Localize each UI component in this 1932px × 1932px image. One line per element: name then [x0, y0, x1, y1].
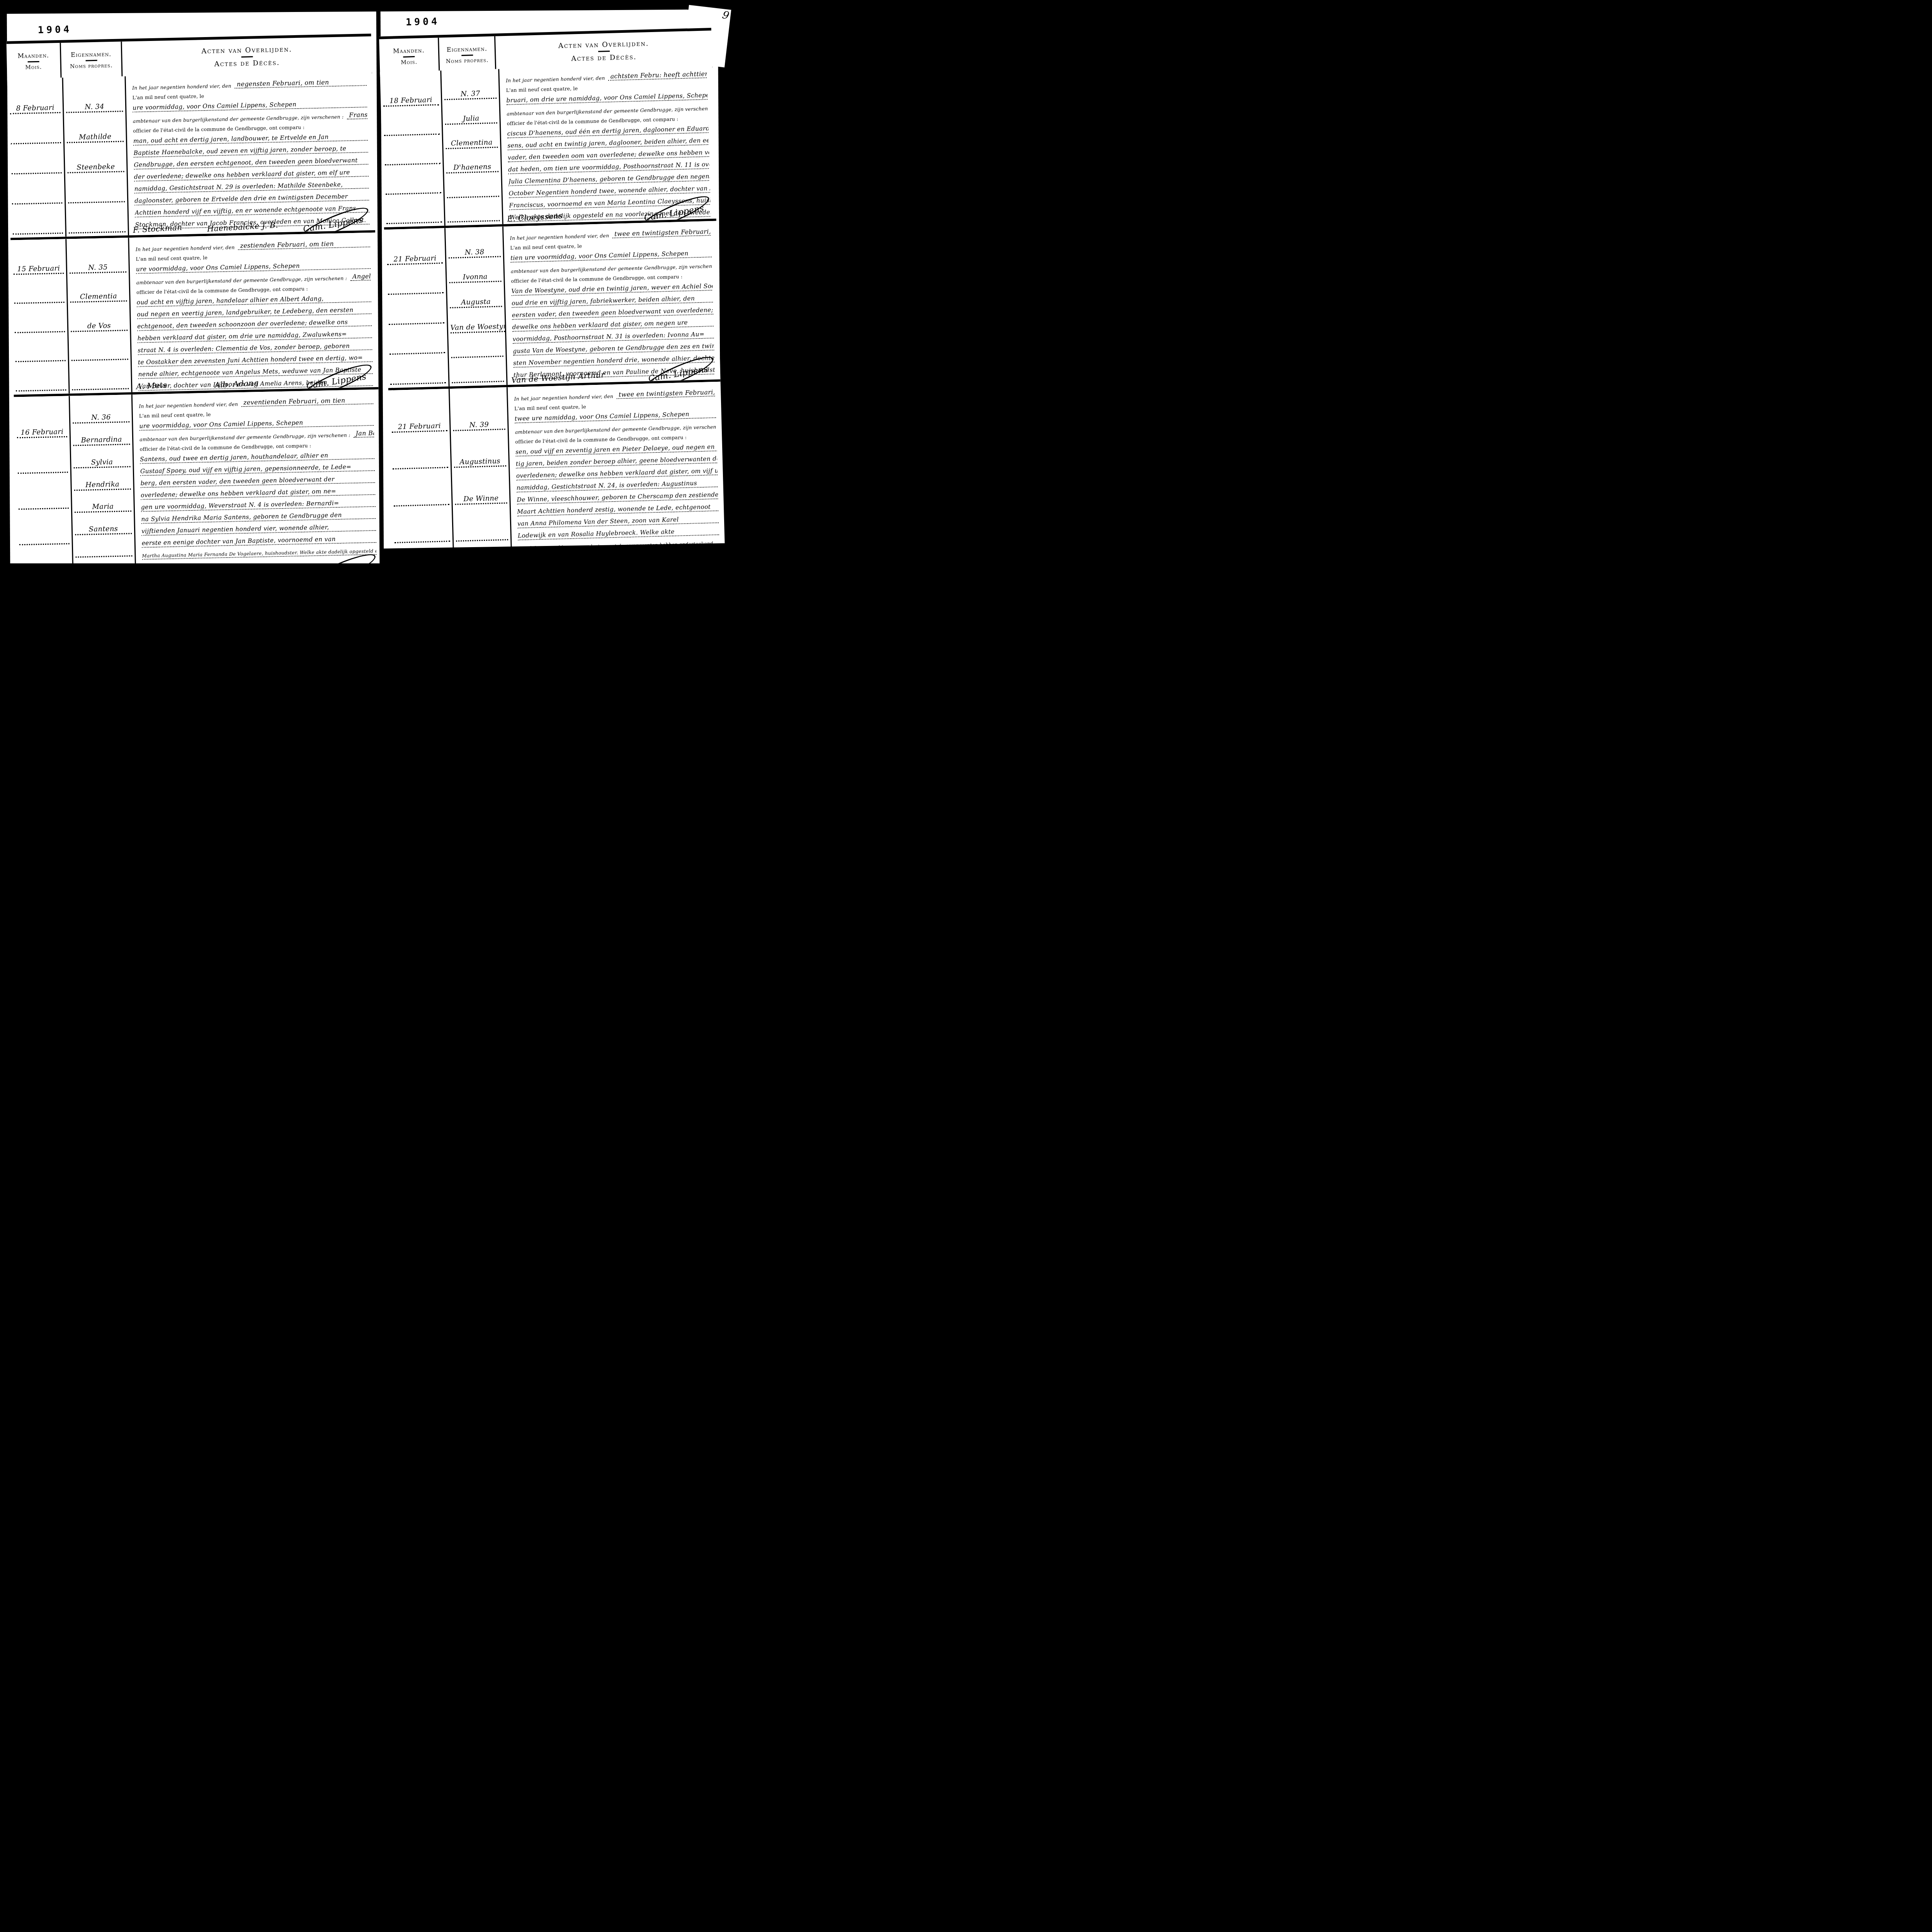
dotted-line — [386, 221, 442, 224]
name-line-text: Hendrika — [85, 480, 119, 489]
name-column: N. 39AugustinusDe Winne — [450, 387, 513, 563]
act-column: In het jaar negentien honderd vier, denz… — [129, 233, 378, 392]
name-line: Santens — [75, 524, 132, 535]
name-row: Santens — [75, 512, 132, 536]
dotted-line — [72, 388, 129, 390]
handwritten-text: Martha Augustina Maria Fernanda De Vogel… — [142, 545, 376, 560]
name-row: Sylvia — [73, 445, 130, 468]
name-column: N. 38IvonnaAugustaVan de Woestyne — [446, 226, 508, 386]
name-line: Maria — [75, 502, 131, 513]
column-header-months: Maanden. Mois. — [7, 43, 61, 80]
name-row — [75, 534, 132, 558]
name-row: Julia — [444, 99, 497, 125]
month-column: 18 Februari — [380, 70, 445, 227]
act-number-text: N. 36 — [91, 413, 111, 422]
month-row — [388, 294, 444, 325]
name-row: N. 36 — [72, 400, 129, 423]
year-label: 1904 — [406, 15, 440, 27]
handwritten-comparant-tail: Angelus Mets, — [350, 272, 371, 281]
name-row: Augustinus — [453, 430, 506, 468]
name-line: Steenbeke — [67, 162, 124, 173]
act-number: N. 39 — [453, 420, 505, 431]
entry-date: 15 Februari — [14, 264, 64, 275]
name-row — [455, 503, 508, 542]
act-number-text: N. 38 — [465, 248, 485, 256]
month-column: 15 Februari — [10, 239, 70, 395]
entries-area-right: 18 FebruariN. 37JuliaClementinaD'haenens… — [380, 63, 725, 563]
page-left-content: 1904 Maanden. Mois. Eigennamen. Noms pro… — [6, 9, 382, 563]
register-entry: 21 FebruariN. 38IvonnaAugustaVan de Woes… — [384, 221, 721, 390]
name-line: Julia — [445, 114, 497, 125]
header-dash — [461, 54, 473, 56]
name-row: Clementina — [445, 123, 498, 149]
name-line-text: Mathilde — [79, 133, 111, 141]
act-number: N. 37 — [444, 89, 497, 100]
act-column: In het jaar negentien honderd vier, dent… — [503, 221, 721, 385]
act-column: In het jaar negentien honderd vier, dena… — [499, 63, 716, 224]
act-column: In het jaar negentien honderd vier, dent… — [508, 382, 726, 563]
month-column: 21 Februari — [388, 389, 455, 563]
name-line-text: Sylvia — [91, 458, 113, 466]
name-line-text: Santens — [89, 525, 118, 534]
name-line-text: Van de Woestyne — [450, 322, 507, 332]
month-row — [10, 113, 61, 145]
month-row — [12, 204, 63, 235]
entry-date-text: 21 Februari — [393, 254, 436, 263]
entry-date-text: 16 Februari — [20, 427, 63, 436]
name-column: N. 35Clementiade Vos — [66, 238, 132, 393]
column-header-months: Maanden. Mois. — [379, 38, 439, 75]
month-row — [12, 173, 63, 205]
dotted-line — [447, 219, 500, 223]
header-dash — [85, 60, 97, 61]
header-months-nl: Maanden. — [17, 51, 49, 60]
month-column: 21 Februari — [384, 228, 450, 388]
column-header-names: Eigennamen. Noms propres. — [60, 42, 122, 78]
act-number-text: N. 35 — [88, 263, 108, 272]
month-row — [17, 437, 68, 474]
month-row — [387, 264, 444, 295]
header-acts-nl: Acten van Overlijden. — [558, 39, 649, 50]
entry-date-text: 21 Februari — [398, 422, 441, 431]
header-names-nl: Eigennamen. — [71, 50, 111, 58]
name-line: de Vos — [71, 321, 128, 332]
dotted-line — [13, 232, 63, 235]
name-row — [451, 357, 504, 383]
name-line-text: Julia — [463, 114, 479, 122]
name-row: N. 35 — [69, 243, 127, 274]
name-row: Augusta — [449, 282, 502, 308]
entry-date-text: 8 Februari — [16, 104, 54, 112]
name-row: N. 34 — [66, 82, 123, 113]
name-line: Van de Woestyne — [450, 322, 507, 333]
month-row: 16 Februari — [16, 401, 67, 438]
header-months-fr: Mois. — [401, 59, 417, 66]
header-dash — [28, 61, 39, 63]
act-number: N. 35 — [70, 263, 126, 274]
entry-date: 8 Februari — [10, 104, 60, 114]
name-line-text: Ivonna — [463, 273, 488, 282]
month-row: 21 Februari — [386, 233, 443, 265]
month-row — [389, 354, 446, 385]
entry-date: 21 Februari — [387, 254, 443, 265]
header-dash — [241, 56, 253, 58]
name-row: Maria — [74, 490, 131, 513]
page-right-content: 1904 Maanden. Mois. Eigennamen. Noms pro… — [378, 6, 725, 563]
name-line-text: De Winne — [463, 494, 499, 503]
name-line-text: Bernardina — [81, 435, 122, 444]
name-column: N. 37JuliaClementinaD'haenens — [441, 69, 503, 226]
book-pages: 1904 Maanden. Mois. Eigennamen. Noms pro… — [7, 9, 721, 563]
month-row — [15, 361, 66, 391]
name-row: Van de Woestyne — [450, 307, 503, 333]
dotted-line — [390, 382, 446, 385]
name-line-text: Augustinus — [459, 457, 500, 466]
name-row — [71, 331, 128, 361]
name-row: de Vos — [70, 302, 128, 332]
month-row — [393, 468, 449, 506]
header-dash — [598, 50, 610, 52]
name-row — [71, 360, 129, 391]
act-number-text: N. 39 — [469, 420, 489, 429]
name-row — [68, 172, 125, 203]
name-line: Sylvia — [73, 457, 130, 468]
month-row — [14, 303, 65, 333]
name-row: D'haenens — [446, 148, 499, 174]
month-column: 8 Februari — [7, 78, 67, 238]
handwritten-comparant-tail: Jan Baptiste — [353, 429, 374, 438]
entry-date-text: 15 Februari — [17, 264, 60, 273]
month-row: 8 Februari — [10, 83, 61, 114]
register-entry: 21 FebruariN. 39AugustinusDe WinneIn het… — [388, 382, 726, 563]
scanned-register-spread: 1904 Maanden. Mois. Eigennamen. Noms pro… — [0, 0, 763, 563]
column-header-names: Eigennamen. Noms propres. — [438, 36, 495, 73]
name-line: Hendrika — [74, 480, 131, 491]
dotted-line — [69, 231, 126, 233]
dotted-line — [16, 389, 66, 392]
month-row — [19, 509, 70, 545]
name-row: N. 39 — [452, 393, 505, 431]
name-line-text: Augusta — [461, 298, 491, 306]
act-column: In het jaar negentien honderd vier, denz… — [133, 389, 383, 563]
name-line-text: Steenbeke — [77, 163, 115, 172]
name-row: N. 37 — [444, 75, 497, 100]
name-line: Bernardina — [73, 435, 130, 446]
register-entry: 16 FebruariN. 36BernardinaSylviaHendrika… — [14, 389, 383, 563]
month-row — [11, 143, 62, 175]
name-row: De Winne — [454, 466, 507, 505]
name-row: Mathilde — [66, 112, 124, 143]
name-line-text: de Vos — [87, 321, 111, 330]
signature: Cam. Lippens — [310, 562, 371, 563]
name-line: Augusta — [450, 297, 502, 308]
name-row: Clementia — [70, 272, 127, 303]
act-number: N. 34 — [66, 102, 123, 113]
entry-date: 16 Februari — [17, 427, 67, 438]
month-row — [394, 505, 450, 543]
register-entry: 15 FebruariN. 35Clementiade VosIn het ja… — [10, 233, 378, 397]
dotted-line — [452, 380, 504, 383]
month-row: 18 Februari — [383, 76, 439, 107]
handwritten-comparant-tail: Frans Stock= — [347, 111, 367, 120]
entry-date: 18 Februari — [383, 96, 439, 107]
name-row: Hendrika — [74, 467, 131, 491]
name-row: Ivonna — [449, 257, 502, 283]
header-names-fr: Noms propres. — [446, 57, 489, 65]
name-row — [68, 202, 126, 233]
name-row: N. 38 — [448, 232, 501, 258]
name-column: N. 36BernardinaSylviaHendrikaMariaSanten… — [70, 395, 136, 563]
entry-date-text: 18 Februari — [389, 96, 432, 105]
name-line: Ivonna — [449, 272, 502, 284]
month-row: 15 Februari — [13, 245, 64, 275]
header-dash — [403, 56, 415, 58]
header-months-fr: Mois. — [25, 64, 42, 71]
name-row — [76, 556, 133, 563]
month-row — [14, 274, 65, 304]
name-line-text: Maria — [92, 503, 114, 511]
name-line: Mathilde — [67, 132, 124, 143]
register-entry: 18 FebruariN. 37JuliaClementinaD'haenens… — [380, 63, 716, 230]
name-line-text: D'haenens — [453, 163, 492, 172]
header-names-nl: Eigennamen. — [447, 45, 488, 53]
act-column: In het jaar negentien honderd vier, denn… — [126, 71, 375, 235]
register-entry: 8 FebruariN. 34MathildeSteenbekeIn het j… — [7, 71, 376, 240]
name-row — [447, 197, 500, 223]
month-row — [18, 473, 69, 510]
name-line: Clementina — [446, 138, 498, 150]
entries-area-left: 8 FebruariN. 34MathildeSteenbekeIn het j… — [7, 71, 382, 563]
month-column: 16 Februari — [14, 396, 74, 563]
month-row — [383, 105, 440, 136]
month-row — [389, 323, 445, 355]
name-row — [446, 172, 499, 198]
header-acts-nl: Acten van Overlijden. — [201, 45, 292, 55]
name-column: N. 34MathildeSteenbeke — [63, 76, 129, 236]
name-row: Bernardina — [73, 422, 130, 446]
name-row: Steenbeke — [67, 142, 124, 173]
column-header-acts: Acten van Overlijden. Actes de Décès. — [121, 36, 372, 77]
header-acts-fr: Actes de Décès. — [571, 53, 637, 63]
act-number: N. 36 — [73, 413, 129, 423]
entry-date: 21 Februari — [391, 422, 447, 433]
header-acts-fr: Actes de Décès. — [214, 58, 280, 68]
act-number: N. 38 — [448, 247, 501, 259]
page-left: 1904 Maanden. Mois. Eigennamen. Noms pro… — [10, 12, 378, 563]
page-right: 1904 Maanden. Mois. Eigennamen. Noms pro… — [384, 9, 720, 563]
month-row — [386, 193, 442, 224]
act-number-text: N. 34 — [85, 102, 104, 111]
month-row — [15, 332, 66, 362]
month-row: 21 Februari — [391, 394, 447, 432]
name-line: Augustinus — [454, 457, 507, 468]
act-number-text: N. 37 — [461, 90, 480, 98]
month-row — [392, 431, 448, 469]
name-line-text: Clementina — [451, 138, 493, 148]
name-row — [451, 332, 503, 358]
name-line: De Winne — [455, 494, 507, 505]
month-row — [385, 164, 441, 195]
month-row — [384, 134, 440, 165]
month-row — [19, 544, 70, 563]
header-months-nl: Maanden. — [393, 46, 425, 54]
name-line: D'haenens — [446, 163, 499, 174]
name-line-text: Clementia — [80, 292, 117, 301]
name-line: Clementia — [70, 292, 127, 303]
year-label: 1904 — [38, 24, 72, 36]
header-names-fr: Noms propres. — [70, 63, 113, 70]
